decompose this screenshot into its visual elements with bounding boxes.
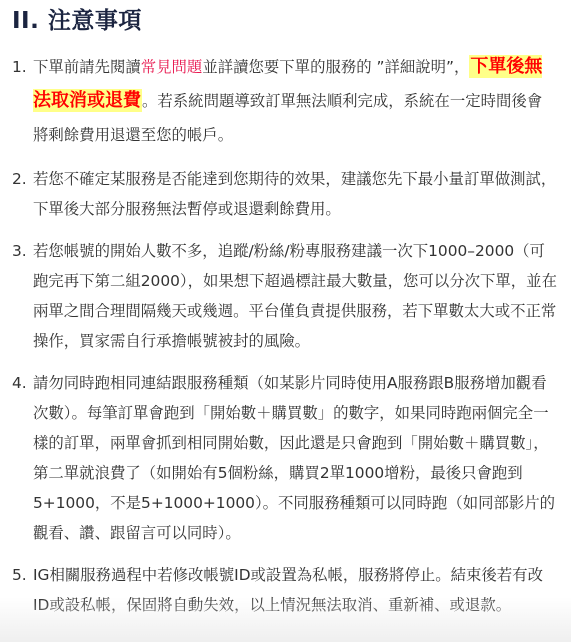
- item-text: 並詳讀您要下單的服務的 ”詳細說明”，: [202, 58, 469, 76]
- faq-link[interactable]: 常見問題: [141, 58, 203, 76]
- notice-item-1: 1. 下單前請先閱讀常見問題並詳讀您要下單的服務的 ”詳細說明”，下單後無法取消…: [0, 50, 571, 152]
- notice-item-4: 4. 請勿同時跑相同連結跟服務種類（如某影片同時使用A服務跟B服務增加觀看次數）…: [0, 368, 571, 548]
- item-text: 若您帳號的開始人數不多，追蹤/粉絲/粉專服務建議一次下1000–2000（可跑完…: [33, 242, 557, 350]
- item-text: 請勿同時跑相同連結跟服務種類（如某影片同時使用A服務跟B服務增加觀看次數）。每筆…: [33, 374, 555, 542]
- item-text: 下單前請先閱讀: [33, 58, 141, 76]
- item-text: 若您不確定某服務是否能達到您期待的效果，建議您先下最小量訂單做測試，下單後大部分…: [33, 170, 556, 218]
- item-number: 1.: [12, 50, 27, 84]
- item-number: 2.: [12, 164, 27, 194]
- item-text: IG相關服務過程中若修改帳號ID或設置為私帳，服務將停止。結束後若有改ID或設私…: [33, 566, 543, 614]
- item-number: 3.: [12, 236, 27, 266]
- notice-item-3: 3. 若您帳號的開始人數不多，追蹤/粉絲/粉專服務建議一次下1000–2000（…: [0, 236, 571, 356]
- item-number: 5.: [12, 560, 27, 590]
- notice-item-5: 5. IG相關服務過程中若修改帳號ID或設置為私帳，服務將停止。結束後若有改ID…: [0, 560, 571, 620]
- item-number: 4.: [12, 368, 27, 398]
- notice-list: 1. 下單前請先閱讀常見問題並詳讀您要下單的服務的 ”詳細說明”，下單後無法取消…: [0, 50, 571, 620]
- section-heading: II. 注意事項: [12, 4, 142, 38]
- notice-item-2: 2. 若您不確定某服務是否能達到您期待的效果，建議您先下最小量訂單做測試，下單後…: [0, 164, 571, 224]
